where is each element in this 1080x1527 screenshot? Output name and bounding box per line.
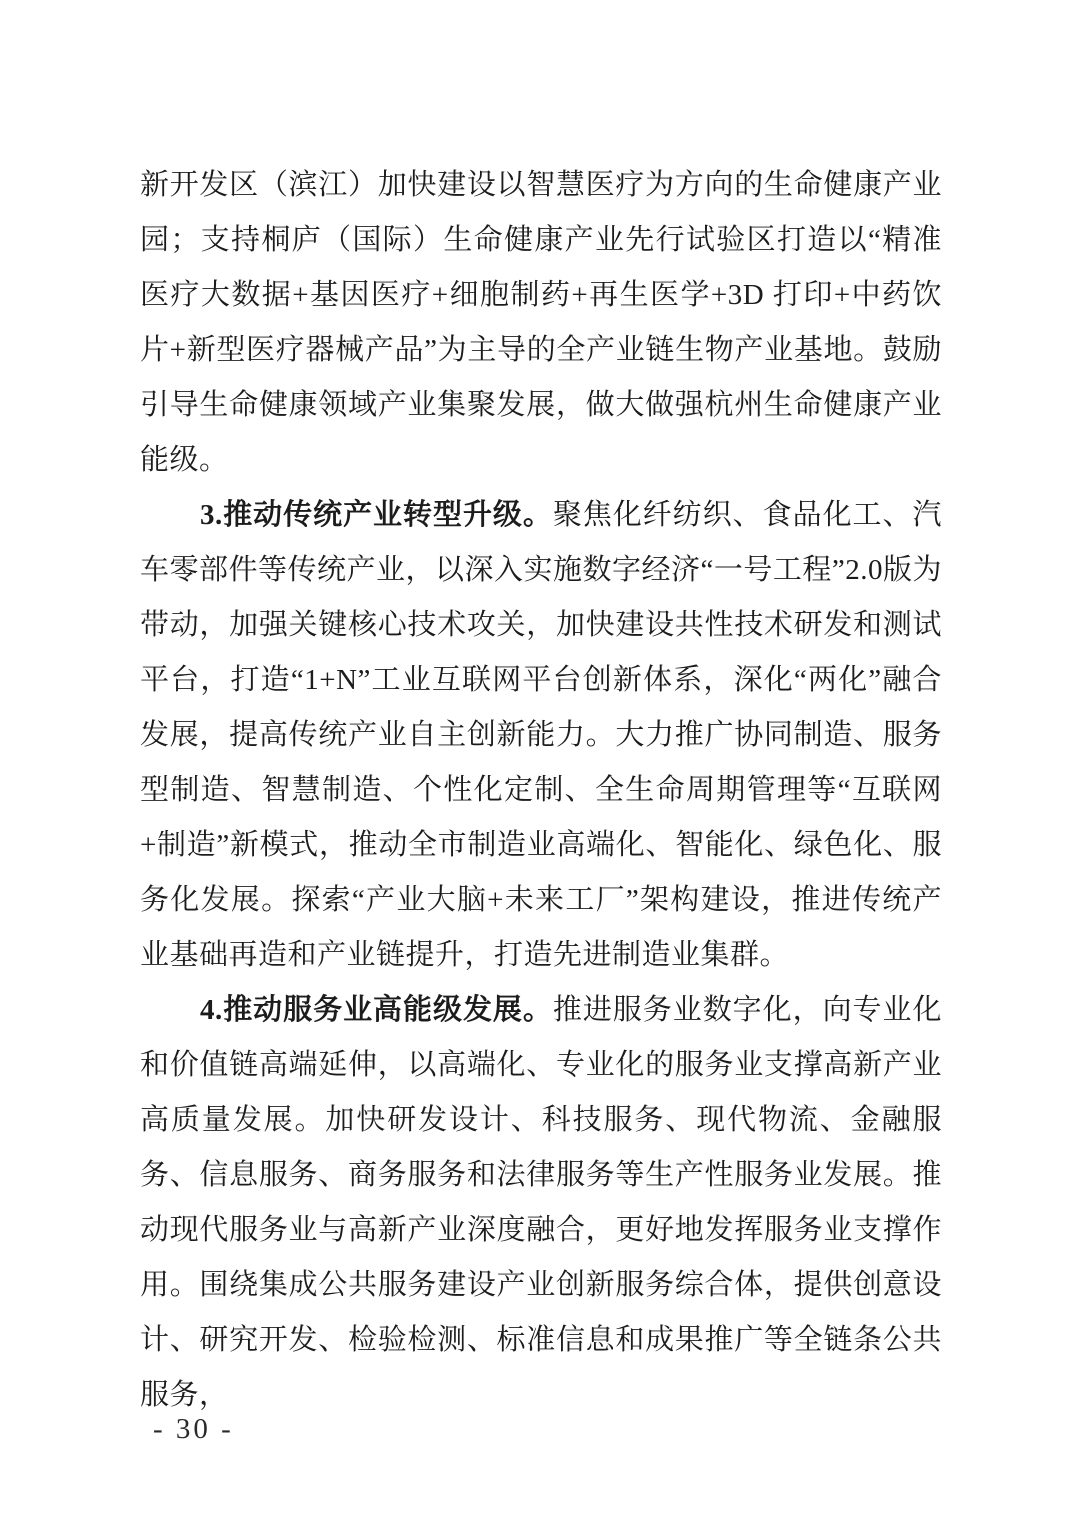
paragraph: 3.推动传统产业转型升级。聚焦化纤纺织、食品化工、汽车零部件等传统产业，以深入实… xyxy=(140,488,942,983)
paragraph: 新开发区（滨江）加快建设以智慧医疗为方向的生命健康产业园；支持桐庐（国际）生命健… xyxy=(140,158,942,488)
paragraph: 4.推动服务业高能级发展。推进服务业数字化，向专业化和价值链高端延伸，以高端化、… xyxy=(140,983,942,1423)
paragraph-text: 推进服务业数字化，向专业化和价值链高端延伸，以高端化、专业化的服务业支撑高新产业… xyxy=(140,994,942,1411)
document-page: 新开发区（滨江）加快建设以智慧医疗为方向的生命健康产业园；支持桐庐（国际）生命健… xyxy=(0,0,1080,1527)
document-body: 新开发区（滨江）加快建设以智慧医疗为方向的生命健康产业园；支持桐庐（国际）生命健… xyxy=(140,158,942,1423)
paragraph-lead: 4.推动服务业高能级发展。 xyxy=(200,994,553,1026)
paragraph-lead: 3.推动传统产业转型升级。 xyxy=(200,499,553,531)
page-number: - 30 - xyxy=(153,1413,234,1446)
paragraph-text: 新开发区（滨江）加快建设以智慧医疗为方向的生命健康产业园；支持桐庐（国际）生命健… xyxy=(140,169,942,476)
paragraph-text: 聚焦化纤纺织、食品化工、汽车零部件等传统产业，以深入实施数字经济“一号工程”2.… xyxy=(140,499,942,971)
